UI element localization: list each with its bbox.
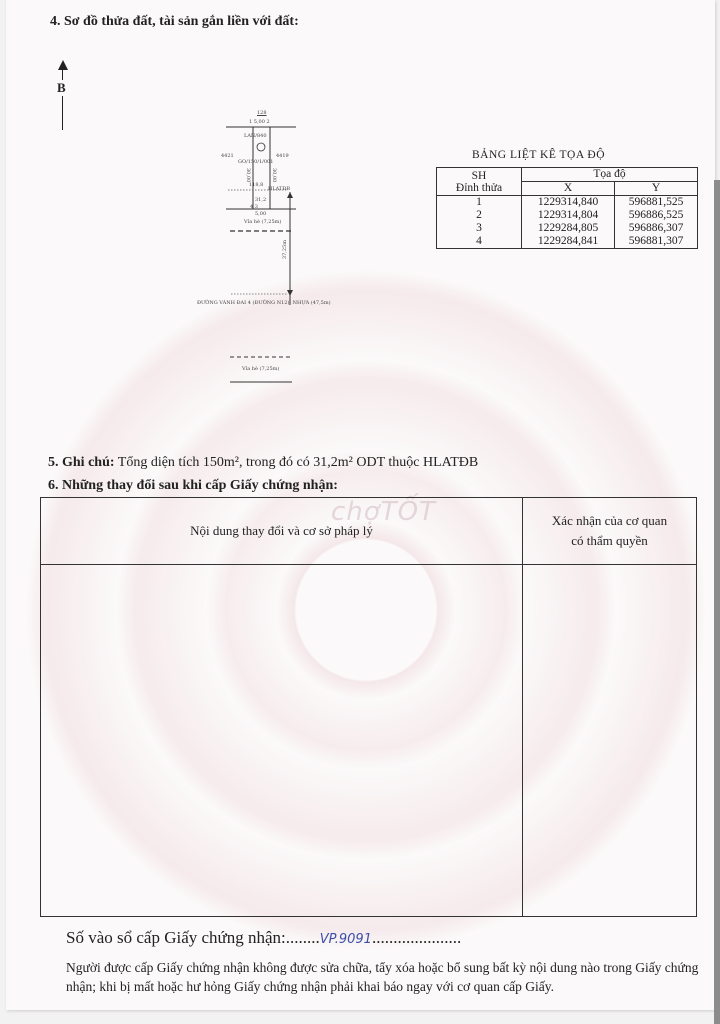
table-row: 2 1229314,804 596886,525 bbox=[437, 209, 698, 222]
registration-label: Số vào sổ cấp Giấy chứng nhận: bbox=[66, 928, 286, 947]
corridor-label: HLATĐB bbox=[268, 186, 290, 192]
warning-text: Người được cấp Giấy chứng nhận không đượ… bbox=[66, 958, 706, 996]
left-neighbor-label: 4421 bbox=[221, 153, 234, 159]
parcel-number: 128 bbox=[257, 110, 267, 116]
certificate-page: 4. Sơ đồ thửa đất, tài sản gắn liền với … bbox=[6, 0, 715, 1010]
section-5-note: 5. Ghi chú: Tổng diện tích 150m², trong … bbox=[48, 455, 478, 471]
table-row: 4 1229284,841 596881,307 bbox=[437, 235, 698, 249]
header-x: X bbox=[522, 182, 615, 196]
registration-number: Số vào sổ cấp Giấy chứng nhận:........VP… bbox=[66, 928, 461, 948]
coord-table-title: BẢNG LIỆT KÊ TỌA ĐỘ bbox=[472, 149, 605, 161]
corridor-area: 31,2 bbox=[255, 197, 266, 203]
top-edge-label: 1 5,00 2 bbox=[249, 119, 270, 125]
changes-header-confirmation: Xác nhận của cơ quan có thẩm quyền bbox=[523, 498, 696, 564]
header-sh-dinh-thua: SH Đỉnh thửa bbox=[437, 168, 522, 196]
registration-value: VP.9091 bbox=[320, 932, 372, 947]
section-5-label: 5. Ghi chú: bbox=[48, 455, 115, 470]
right-side-length: 30,00 bbox=[271, 168, 277, 182]
header-toa-do: Tọa độ bbox=[522, 168, 698, 182]
page-edge bbox=[714, 180, 720, 1024]
inner-label: GO/150/1/001 bbox=[238, 159, 273, 165]
road-label: ĐƯỜNG VÀNH ĐAI 4 (ĐƯỜNG N12), NHỰA (47,5… bbox=[197, 300, 331, 306]
header-y: Y bbox=[615, 182, 698, 196]
coord-table: SH Đỉnh thửa Tọa độ X Y 1 1229314,840 59… bbox=[436, 167, 698, 249]
right-neighbor-label: 4419 bbox=[276, 153, 289, 159]
changes-table: Nội dung thay đổi và cơ sở pháp lý Xác n… bbox=[40, 497, 697, 917]
land-use-label: LAN/840 bbox=[244, 133, 267, 139]
table-row: 3 1229284,805 596886,307 bbox=[437, 222, 698, 235]
road-width-dim: 37,25m bbox=[282, 240, 288, 259]
area-marker: 118,8 bbox=[249, 182, 263, 188]
table-row: 1 1229314,840 596881,525 bbox=[437, 196, 698, 210]
section-6-title: 6. Những thay đổi sau khi cấp Giấy chứng… bbox=[48, 478, 338, 494]
sidewalk-top-label: Vỉa hè (7,25m) bbox=[244, 219, 281, 225]
section-5-text: Tổng diện tích 150m², trong đó có 31,2m²… bbox=[118, 455, 478, 470]
bottom-edge-label: 5,00 bbox=[255, 211, 266, 217]
left-side-length: 30,00 bbox=[245, 168, 251, 182]
changes-header-content: Nội dung thay đổi và cơ sở pháp lý bbox=[41, 498, 522, 564]
sidewalk-bottom-label: Vỉa hè (7,25m) bbox=[242, 366, 279, 372]
bottom-corners: 4 3 bbox=[250, 204, 258, 210]
